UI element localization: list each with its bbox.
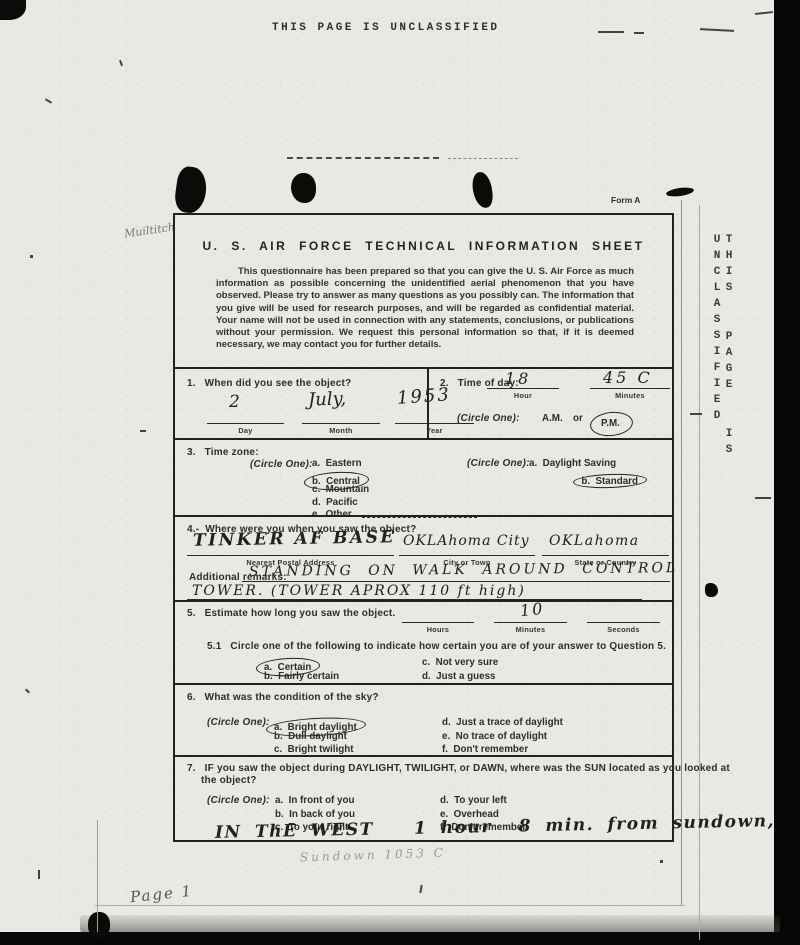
q4-state-answer: OKLahoma bbox=[549, 533, 640, 549]
q1-year-caption: Year bbox=[395, 426, 474, 435]
q5-seconds-line bbox=[587, 622, 660, 623]
ink-blob-1 bbox=[173, 165, 209, 215]
form-outline: U. S. AIR FORCE TECHNICAL INFORMATION SH… bbox=[173, 213, 674, 842]
q7-label-line2: the object? bbox=[201, 775, 257, 786]
q5-label: 5. Estimate how long you saw the object. bbox=[187, 608, 395, 619]
q4-remarks-line1-rule bbox=[242, 581, 670, 582]
scan-speck bbox=[25, 689, 30, 694]
q5-seconds-caption: Seconds bbox=[587, 625, 660, 634]
q2-pm-option-circled: P.M. bbox=[601, 418, 620, 429]
scan-speck bbox=[38, 870, 40, 879]
sheet-right-edge-line bbox=[681, 200, 682, 906]
q5-hours-line bbox=[402, 622, 474, 623]
q3-circle-one-right: (Circle One): bbox=[467, 458, 530, 469]
section-q4: 4.- Where were you when you saw the obje… bbox=[175, 515, 672, 602]
q6-option-dont-remember: f. Don't remember bbox=[442, 744, 528, 755]
q6-option-no-trace-of-daylight: e. No trace of daylight bbox=[442, 731, 547, 742]
corner-ink-mark bbox=[0, 0, 26, 20]
q2-minutes-caption: Minutes bbox=[590, 391, 670, 400]
q6-option-bright-twilight: c. Bright twilight bbox=[274, 744, 353, 755]
bottom-left-ink-blob bbox=[88, 912, 110, 938]
top-unclassified-banner: THIS PAGE IS UNCLASSIFIED bbox=[272, 22, 500, 34]
q2-minutes-answer: 45 C bbox=[603, 368, 653, 387]
form-title: U. S. AIR FORCE TECHNICAL INFORMATION SH… bbox=[175, 239, 672, 253]
q4-address-answer: TINKER AF BASE bbox=[193, 527, 396, 551]
section-title-intro: U. S. AIR FORCE TECHNICAL INFORMATION SH… bbox=[175, 215, 672, 367]
section-q3: 3. Time zone: (Circle One): a. Eastern b… bbox=[175, 438, 672, 517]
q7-option-to-your-left: d. To your left bbox=[440, 795, 507, 806]
scan-speck bbox=[419, 885, 422, 893]
q2-hour-caption: Hour bbox=[487, 391, 559, 400]
q2-am-option: A.M. bbox=[542, 413, 563, 424]
q2-or-text: or bbox=[573, 413, 583, 424]
bottom-smudge-band bbox=[80, 915, 780, 933]
q3-option-mountain: c. Mountain bbox=[312, 484, 369, 495]
section-q6: 6. What was the condition of the sky? (C… bbox=[175, 683, 672, 757]
q5-minutes-caption: Minutes bbox=[494, 625, 567, 634]
q3-option-eastern: a. Eastern bbox=[312, 458, 362, 469]
paperclip-mark bbox=[666, 186, 695, 198]
q1-month-line bbox=[302, 423, 380, 424]
scan-speck bbox=[119, 60, 123, 66]
q5-1-option-not-very-sure: c. Not very sure bbox=[422, 657, 498, 668]
q1-month-answer: July, bbox=[308, 388, 347, 410]
q1-month-caption: Month bbox=[302, 426, 380, 435]
q6-circle-one-label: (Circle One): bbox=[207, 717, 270, 728]
scanned-document-page: THIS PAGE IS UNCLASSIFIED Form A Muiltit… bbox=[0, 0, 800, 945]
ink-blob-2 bbox=[291, 173, 316, 203]
q2-minutes-line bbox=[590, 388, 670, 389]
scan-speck bbox=[45, 98, 52, 103]
q2-hour-line bbox=[487, 388, 559, 389]
fold-crease-line bbox=[97, 820, 98, 932]
q1-day-answer: 2 bbox=[229, 392, 240, 412]
bottom-black-edge-band bbox=[0, 932, 800, 945]
q3-circle-one-left: (Circle One): bbox=[250, 459, 313, 470]
scan-speck bbox=[690, 413, 702, 415]
q5-minutes-line bbox=[494, 622, 567, 623]
scan-speck bbox=[634, 32, 644, 34]
q5-1-label: 5.1 Circle one of the following to indic… bbox=[207, 641, 666, 652]
q4-address-line bbox=[187, 555, 394, 556]
q3-option-standard-circled: b. Standard bbox=[581, 476, 638, 487]
q3-option-pacific: d. Pacific bbox=[312, 497, 358, 508]
q4-remarks-line1-answer: STANDING ON WALK AROUND CONTROL bbox=[249, 560, 678, 580]
q1-label: 1. When did you see the object? bbox=[187, 378, 351, 389]
form-a-tag: Form A bbox=[611, 195, 640, 205]
q6-label: 6. What was the condition of the sky? bbox=[187, 692, 379, 703]
section-q1-q2: 1. When did you see the object? 2 July, … bbox=[175, 367, 672, 440]
q1-day-line bbox=[207, 423, 284, 424]
right-black-edge-band bbox=[774, 0, 800, 945]
q4-city-answer: OKLAhoma City bbox=[403, 533, 530, 549]
faint-sundown-note: Sundown 1053 C bbox=[300, 845, 446, 864]
scan-speck bbox=[30, 255, 33, 258]
page-number-scribble: Page 1 bbox=[129, 882, 194, 907]
ink-blob-3 bbox=[471, 171, 494, 209]
q7-label-line1: 7. IF you saw the object during DAYLIGHT… bbox=[187, 763, 730, 774]
q4-city-line bbox=[399, 555, 535, 556]
intro-paragraph: This questionnaire has been prepared so … bbox=[216, 266, 634, 351]
scan-speck bbox=[598, 31, 624, 33]
dashed-scratch-line-2 bbox=[448, 158, 518, 159]
q7-circle-one-label: (Circle One): bbox=[207, 795, 270, 806]
q6-option-trace-of-daylight: d. Just a trace of daylight bbox=[442, 717, 563, 728]
q3-option-daylight-saving: a. Daylight Saving bbox=[529, 458, 616, 469]
side-unclassified-banner: THIS PAGE IS UNCLASSIFIED bbox=[711, 234, 735, 614]
q5-minutes-answer: 10 bbox=[519, 599, 545, 620]
sheet-bottom-edge-line bbox=[95, 905, 685, 906]
q3-label: 3. Time zone: bbox=[187, 447, 259, 458]
scan-speck bbox=[700, 28, 734, 32]
q5-1-option-just-a-guess: d. Just a guess bbox=[422, 671, 496, 682]
q4-state-line bbox=[542, 555, 669, 556]
q7-option-in-back: b. In back of you bbox=[275, 809, 355, 820]
q7-option-in-front: a. In front of you bbox=[275, 795, 354, 806]
scan-speck bbox=[660, 860, 663, 863]
q5-hours-caption: Hours bbox=[402, 625, 474, 634]
scan-speck bbox=[755, 497, 771, 499]
section-q7: 7. IF you saw the object during DAYLIGHT… bbox=[175, 755, 672, 842]
dashed-scratch-line bbox=[287, 157, 439, 159]
q6-option-dull-daylight: b. Dull daylight bbox=[274, 731, 347, 742]
q1-day-caption: Day bbox=[207, 426, 284, 435]
q4-remarks-line2-answer: TOWER. (TOWER APROX 110 ft high) bbox=[192, 583, 526, 599]
section-q5: 5. Estimate how long you saw the object.… bbox=[175, 600, 672, 685]
q2-circle-one-label: (Circle One): bbox=[457, 413, 520, 424]
scan-speck bbox=[140, 430, 146, 432]
q5-1-option-fairly-certain: b. Fairly certain bbox=[264, 671, 339, 682]
q2-hour-answer: 18 bbox=[505, 369, 531, 388]
scan-speck bbox=[755, 11, 773, 15]
margin-scribble: Muiltitch bbox=[123, 221, 175, 241]
